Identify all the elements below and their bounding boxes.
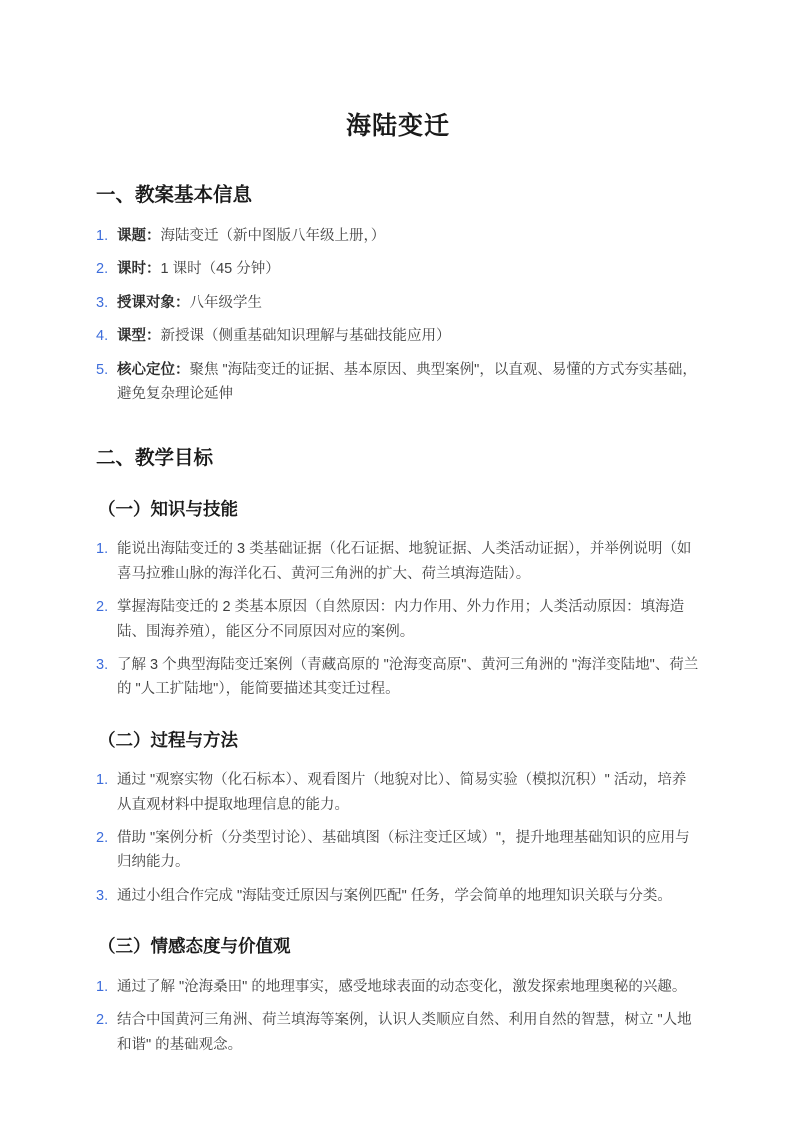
item-number: 5. (96, 358, 117, 382)
item-text: 海陆变迁（新中图版八年级上册，） (161, 228, 386, 244)
section-heading-basic-info: 一、教案基本信息 (96, 182, 700, 208)
item-text: 1 课时（45 分钟） (161, 261, 280, 277)
item-text: 借助 "案例分析（分类型讨论）、基础填图（标注变迁区域）"，提升地理基础知识的应… (117, 826, 700, 875)
item-number: 2. (96, 595, 117, 619)
list-item: 1. 能说出海陆变迁的 3 类基础证据（化石证据、地貌证据、人类活动证据），并举… (96, 537, 700, 586)
list-item: 3. 了解 3 个典型海陆变迁案例（青藏高原的 "沧海变高原"、黄河三角洲的 "… (96, 653, 700, 702)
item-text: 掌握海陆变迁的 2 类基本原因（自然原因：内力作用、外力作用；人类活动原因：填海… (117, 595, 700, 644)
list-item: 1. 通过了解 "沧海桑田" 的地理事实，感受地球表面的动态变化，激发探索地理奥… (96, 975, 700, 999)
item-number: 3. (96, 884, 117, 908)
item-text: 通过了解 "沧海桑田" 的地理事实，感受地球表面的动态变化，激发探索地理奥秘的兴… (117, 975, 700, 999)
item-text: 通过 "观察实物（化石标本）、观看图片（地貌对比）、简易实验（模拟沉积）" 活动… (117, 768, 700, 817)
item-number: 2. (96, 257, 117, 281)
list-item: 2. 借助 "案例分析（分类型讨论）、基础填图（标注变迁区域）"，提升地理基础知… (96, 826, 700, 875)
item-label: 核心定位： (117, 362, 190, 378)
list-item: 2. 课时：1 课时（45 分钟） (96, 257, 700, 281)
subsection-heading-process-methods: （二）过程与方法 (96, 728, 700, 753)
item-number: 2. (96, 1008, 117, 1032)
list-item: 3. 通过小组合作完成 "海陆变迁原因与案例匹配" 任务，学会简单的地理知识关联… (96, 884, 700, 908)
basic-info-list: 1. 课题：海陆变迁（新中图版八年级上册，） 2. 课时：1 课时（45 分钟）… (96, 224, 700, 406)
process-methods-list: 1. 通过 "观察实物（化石标本）、观看图片（地貌对比）、简易实验（模拟沉积）"… (96, 768, 700, 908)
item-text: 能说出海陆变迁的 3 类基础证据（化石证据、地貌证据、人类活动证据），并举例说明… (117, 537, 700, 586)
item-content: 核心定位：聚焦 "海陆变迁的证据、基本原因、典型案例"，以直观、易懂的方式夯实基… (117, 358, 700, 407)
item-number: 3. (96, 291, 117, 315)
document-title: 海陆变迁 (96, 110, 700, 144)
item-number: 1. (96, 537, 117, 561)
item-text: 通过小组合作完成 "海陆变迁原因与案例匹配" 任务，学会简单的地理知识关联与分类… (117, 884, 700, 908)
item-text: 八年级学生 (190, 295, 263, 311)
document-page: 海陆变迁 一、教案基本信息 1. 课题：海陆变迁（新中图版八年级上册，） 2. … (0, 0, 794, 1123)
item-label: 课时： (117, 261, 161, 277)
list-item: 1. 通过 "观察实物（化石标本）、观看图片（地貌对比）、简易实验（模拟沉积）"… (96, 768, 700, 817)
list-item: 5. 核心定位：聚焦 "海陆变迁的证据、基本原因、典型案例"，以直观、易懂的方式… (96, 358, 700, 407)
item-label: 课题： (117, 228, 161, 244)
item-label: 课型： (117, 328, 161, 344)
list-item: 3. 授课对象：八年级学生 (96, 291, 700, 315)
item-text: 新授课（侧重基础知识理解与基础技能应用） (161, 328, 451, 344)
item-text: 结合中国黄河三角洲、荷兰填海等案例，认识人类顺应自然、利用自然的智慧，树立 "人… (117, 1008, 700, 1057)
item-number: 2. (96, 826, 117, 850)
subsection-heading-emotion-values: （三）情感态度与价值观 (96, 934, 700, 959)
list-item: 1. 课题：海陆变迁（新中图版八年级上册，） (96, 224, 700, 248)
item-content: 课题：海陆变迁（新中图版八年级上册，） (117, 224, 700, 248)
item-number: 3. (96, 653, 117, 677)
item-text: 聚焦 "海陆变迁的证据、基本原因、典型案例"，以直观、易懂的方式夯实基础，避免复… (117, 362, 697, 402)
item-content: 课型：新授课（侧重基础知识理解与基础技能应用） (117, 324, 700, 348)
item-number: 4. (96, 324, 117, 348)
item-number: 1. (96, 768, 117, 792)
item-text: 了解 3 个典型海陆变迁案例（青藏高原的 "沧海变高原"、黄河三角洲的 "海洋变… (117, 653, 700, 702)
item-number: 1. (96, 224, 117, 248)
item-content: 课时：1 课时（45 分钟） (117, 257, 700, 281)
list-item: 2. 结合中国黄河三角洲、荷兰填海等案例，认识人类顺应自然、利用自然的智慧，树立… (96, 1008, 700, 1057)
item-content: 授课对象：八年级学生 (117, 291, 700, 315)
list-item: 2. 掌握海陆变迁的 2 类基本原因（自然原因：内力作用、外力作用；人类活动原因… (96, 595, 700, 644)
list-item: 4. 课型：新授课（侧重基础知识理解与基础技能应用） (96, 324, 700, 348)
item-number: 1. (96, 975, 117, 999)
item-label: 授课对象： (117, 295, 190, 311)
subsection-heading-knowledge-skills: （一）知识与技能 (96, 497, 700, 522)
section-heading-teaching-goals: 二、教学目标 (96, 445, 700, 471)
knowledge-skills-list: 1. 能说出海陆变迁的 3 类基础证据（化石证据、地貌证据、人类活动证据），并举… (96, 537, 700, 701)
emotion-values-list: 1. 通过了解 "沧海桑田" 的地理事实，感受地球表面的动态变化，激发探索地理奥… (96, 975, 700, 1057)
